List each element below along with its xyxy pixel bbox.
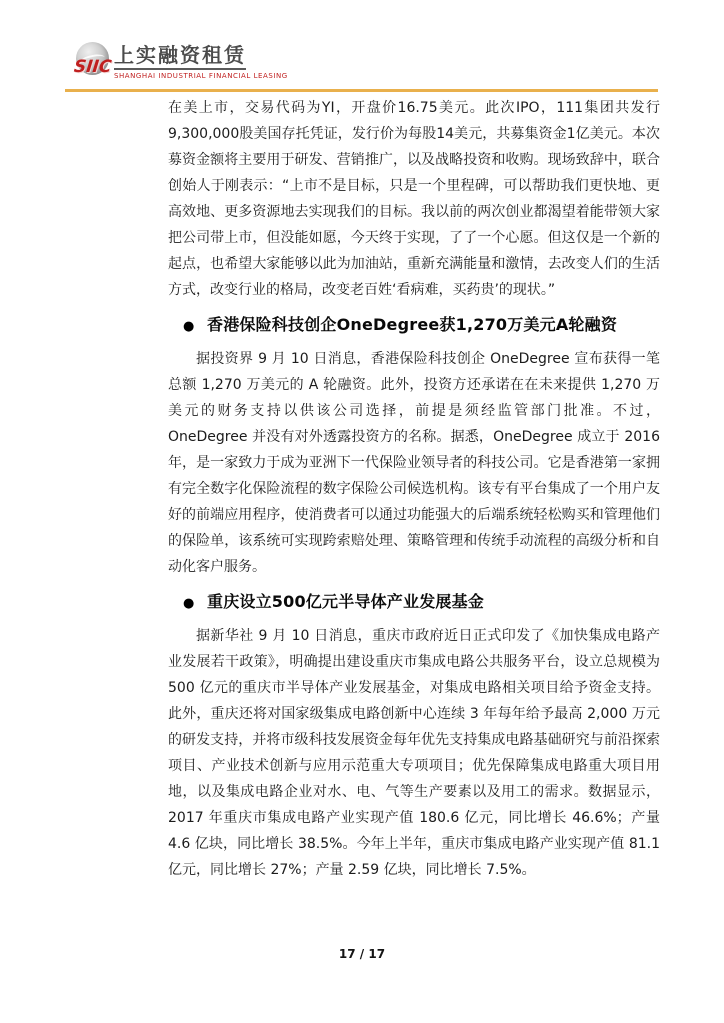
siic-logo-text: SIIC: [73, 57, 112, 77]
logo-text-block: 上实融资租赁 SHANGHAI INDUSTRIAL FINANCIAL LEA…: [114, 44, 288, 80]
section-title: 重庆设立500亿元半导体产业发展基金: [207, 591, 484, 613]
document-content: 在美上市，交易代码为YI，开盘价16.75美元。此次IPO，111集团共发行9,…: [168, 95, 660, 883]
document-page: SIIC 上实融资租赁 SHANGHAI INDUSTRIAL FINANCIA…: [0, 0, 724, 1023]
section-heading-onedegree: ● 香港保险科技创企OneDegree获1,270万美元A轮融资: [183, 314, 660, 338]
intro-paragraph: 在美上市，交易代码为YI，开盘价16.75美元。此次IPO，111集团共发行9,…: [168, 95, 660, 303]
bullet-icon: ●: [183, 593, 207, 615]
company-name-en: SHANGHAI INDUSTRIAL FINANCIAL LEASING: [114, 72, 288, 80]
page-number: 17 / 17: [0, 947, 724, 961]
section-body-chongqing: 据新华社 9 月 10 日消息，重庆市政府近日正式印发了《加快集成电路产业发展若…: [168, 623, 660, 883]
bullet-icon: ●: [183, 316, 207, 338]
header-divider: [65, 89, 658, 92]
section-heading-chongqing: ● 重庆设立500亿元半导体产业发展基金: [183, 591, 660, 615]
section-body-onedegree: 据投资界 9 月 10 日消息，香港保险科技创企 OneDegree 宣布获得一…: [168, 346, 660, 580]
section-title: 香港保险科技创企OneDegree获1,270万美元A轮融资: [207, 314, 617, 336]
company-name-cn: 上实融资租赁: [114, 44, 246, 70]
